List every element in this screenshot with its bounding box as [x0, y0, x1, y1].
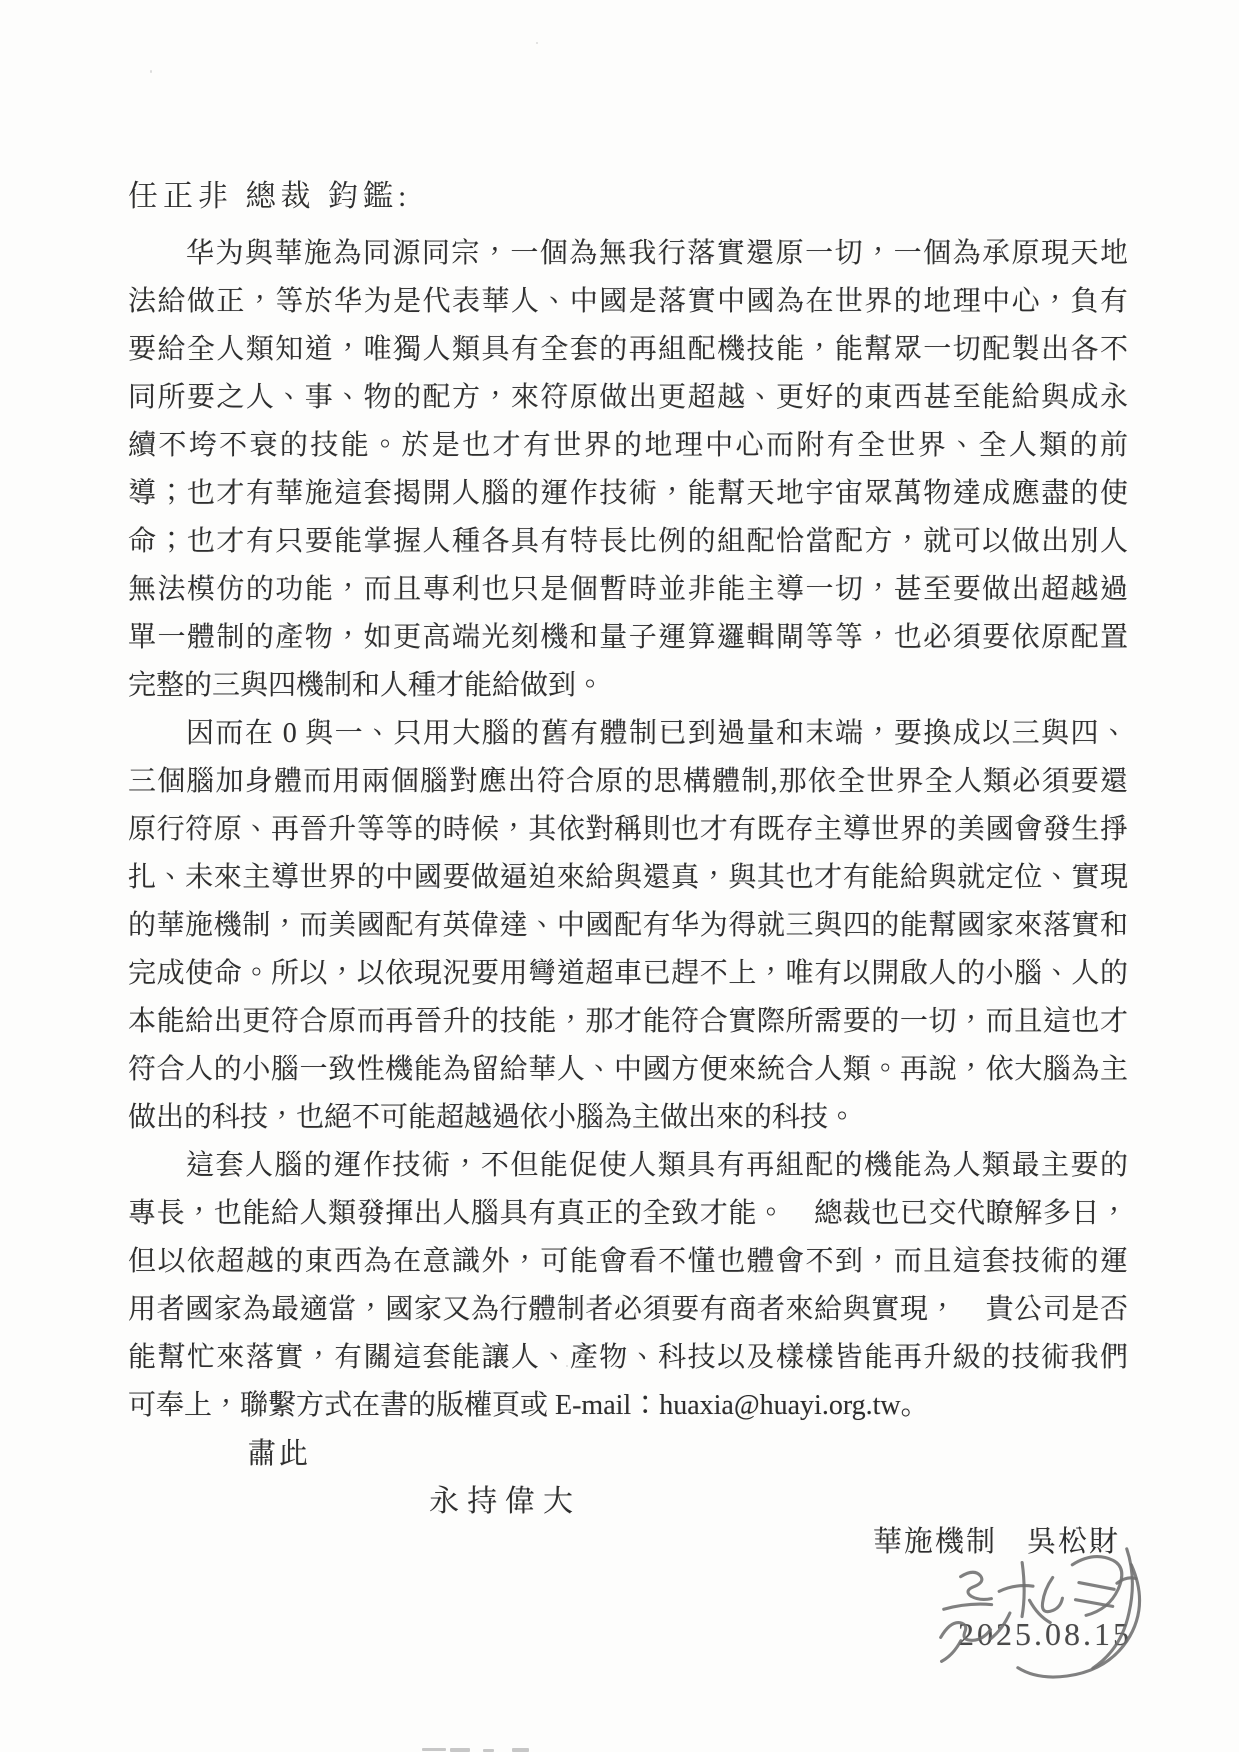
letter-line: 命；也才有只要能掌握人種各具有特長比例的組配恰當配方，就可以做出別人 — [128, 518, 1128, 566]
letter-line: 續不垮不衰的技能。於是也才有世界的地理中心而附有全世界、全人類的前 — [128, 422, 1128, 470]
signature-stroke — [940, 1621, 991, 1641]
letter-line: 可奉上，聯繫方式在書的版權頁或 E-mail：huaxia@huayi.org.… — [128, 1382, 1128, 1430]
paragraph-3: 這套人腦的運作技術，不但能促使人類具有再組配的機能為人類最主要的專長，也能給人類… — [128, 1142, 1128, 1430]
signature-stroke — [941, 1641, 962, 1662]
letter-line: 專長，也能給人類發揮出人腦具有真正的全致才能。 總裁也已交代瞭解多日， — [128, 1190, 1128, 1238]
letter-line: 完整的三與四機制和人種才能給做到。 — [128, 662, 1128, 710]
letter-line: 三個腦加身體而用兩個腦對應出符合原的思構體制,那依全世界全人類必須要還 — [128, 758, 1128, 806]
letter-line: 能幫忙來落實，有關這套能讓人、產物、科技以及樣樣皆能再升級的技術我們 — [128, 1334, 1128, 1382]
letter-line: 用者國家為最適當，國家又為行體制者必須要有商者來給與實現， 貴公司是否 — [128, 1286, 1128, 1334]
letter-line: 法給做正，等於华为是代表華人、中國是落實中國為在世界的地理中心，負有 — [128, 278, 1128, 326]
signature-stroke — [999, 1585, 1033, 1591]
salutation: 任正非 總裁 鈞鑑: — [128, 172, 1128, 222]
signature-stroke — [990, 1613, 1011, 1639]
letter-line: 扎、未來主導世界的中國要做逼迫來給與還真，與其也才有能給與就定位、實現 — [128, 854, 1128, 902]
letter-body: 任正非 總裁 鈞鑑: 华为與華施為同源同宗，一個為無我行落實還原一切，一個為承原… — [128, 172, 1128, 1566]
signature-stroke — [1089, 1549, 1136, 1668]
letter-line: 同所要之人、事、物的配方，來符原做出更超越、更好的東西甚至能給與成永 — [128, 374, 1128, 422]
scan-artifact — [536, 42, 538, 44]
letter-line: 完成使命。所以，以依現況要用彎道超車已趕不上，唯有以開啟人的小腦、人的 — [128, 950, 1128, 998]
letter-line: 做出的科技，也絕不可能超越過依小腦為主做出來的科技。 — [128, 1094, 1128, 1142]
scan-artifact — [450, 1748, 470, 1752]
scan-artifact — [512, 1748, 529, 1752]
closing-phrase: 肅此 — [247, 1430, 1128, 1478]
letter-line: 但以依超越的東西為在意識外，可能會看不懂也體會不到，而且這套技術的運 — [128, 1238, 1128, 1286]
letter-line: 符合人的小腦一致性機能為留給華人、中國方便來統合人類。再說，依大腦為主 — [128, 1046, 1128, 1094]
handwritten-signature — [930, 1542, 1147, 1687]
letter-line: 本能給出更符合原而再晉升的技能，那才能符合實際所需要的一切，而且這也才 — [128, 998, 1128, 1046]
signature-stroke — [960, 1572, 991, 1601]
letter-line: 的華施機制，而美國配有英偉達、中國配有华为得就三與四的能幫國家來落實和 — [128, 902, 1128, 950]
scanned-letter-page: 任正非 總裁 鈞鑑: 华为與華施為同源同宗，一個為無我行落實還原一切，一個為承原… — [0, 0, 1239, 1752]
scan-artifact — [422, 1748, 446, 1751]
letter-line: 华为與華施為同源同宗，一個為無我行落實還原一切，一個為承原現天地 — [128, 230, 1128, 278]
signature-stroke — [944, 1604, 992, 1610]
letter-line: 因而在 0 與一、只用大腦的舊有體制已到過量和末端，要換成以三與四、 — [128, 710, 1128, 758]
letter-line: 這套人腦的運作技術，不但能促使人類具有再組配的機能為人類最主要的 — [128, 1142, 1128, 1190]
signature-stroke — [1020, 1562, 1025, 1616]
letter-line: 原行符原、再晉升等等的時候，其依對稱則也才有既存主導世界的美國會發生掙 — [128, 806, 1128, 854]
letter-line: 無法模仿的功能，而且專利也只是個暫時並非能主導一切，甚至要做出超越過 — [128, 566, 1128, 614]
signature-stroke — [1079, 1581, 1114, 1590]
paragraph-2: 因而在 0 與一、只用大腦的舊有體制已到過量和末端，要換成以三與四、三個腦加身體… — [128, 710, 1128, 1142]
scan-artifact — [150, 70, 152, 73]
letter-line: 要給全人類知道，唯獨人類具有全套的再組配機技能，能幫眾一切配製出各不 — [128, 326, 1128, 374]
letter-line: 導；也才有華施這套揭開人腦的運作技術，能幫天地宇宙眾萬物達成應盡的使 — [128, 470, 1128, 518]
letter-line: 單一體制的產物，如更高端光刻機和量子運算邏輯閘等等，也必須要依原配置 — [128, 614, 1128, 662]
paragraph-1: 华为與華施為同源同宗，一個為無我行落實還原一切，一個為承原現天地法給做正，等於华… — [128, 230, 1128, 710]
signature-stroke — [1041, 1577, 1062, 1612]
